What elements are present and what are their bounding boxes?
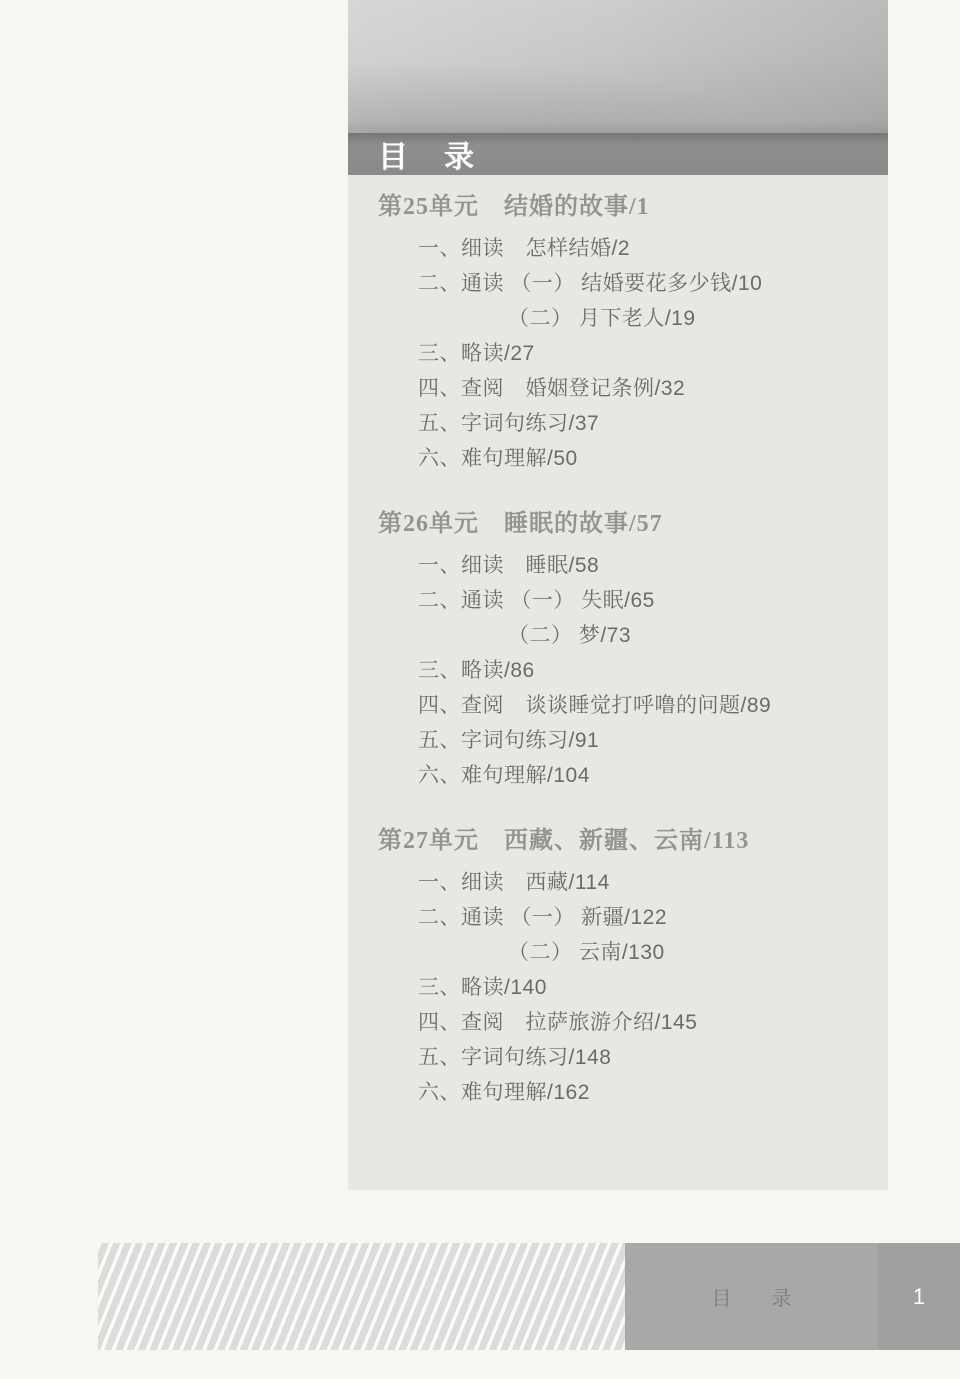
toc-item: （二） 梦/73 [508, 616, 888, 651]
table-of-contents: 第25单元 结婚的故事/1 一、细读 怎样结婚/2 二、通读 （一） 结婚要花多… [348, 175, 888, 1108]
footer-diagonal-stripes [98, 1243, 625, 1350]
toc-item: 五、字词句练习/37 [418, 404, 888, 439]
toc-item: 二、通读 （一） 新疆/122 [418, 898, 888, 933]
toc-section-unit-25: 第25单元 结婚的故事/1 一、细读 怎样结婚/2 二、通读 （一） 结婚要花多… [348, 193, 888, 474]
section-heading: 第25单元 结婚的故事/1 [378, 193, 888, 221]
toc-item: （二） 月下老人/19 [508, 299, 888, 334]
title-bar: 目 录 [348, 133, 888, 175]
toc-item: 一、细读 怎样结婚/2 [418, 229, 888, 264]
section-heading: 第27单元 西藏、新疆、云南/113 [378, 827, 888, 855]
toc-panel: 目 录 第25单元 结婚的故事/1 一、细读 怎样结婚/2 二、通读 （一） 结… [348, 0, 888, 1190]
toc-item: 四、查阅 婚姻登记条例/32 [418, 369, 888, 404]
toc-item: 二、通读 （一） 失眠/65 [418, 581, 888, 616]
footer-running-title-bar: 目 录 [625, 1243, 878, 1350]
toc-section-unit-27: 第27单元 西藏、新疆、云南/113 一、细读 西藏/114 二、通读 （一） … [348, 827, 888, 1108]
toc-item: 六、难句理解/104 [418, 756, 888, 791]
fabric-texture-banner [348, 0, 888, 133]
toc-item: 一、细读 睡眠/58 [418, 546, 888, 581]
toc-item: 三、略读/140 [418, 968, 888, 1003]
toc-item: 二、通读 （一） 结婚要花多少钱/10 [418, 264, 888, 299]
section-heading: 第26单元 睡眠的故事/57 [378, 510, 888, 538]
toc-section-unit-26: 第26单元 睡眠的故事/57 一、细读 睡眠/58 二、通读 （一） 失眠/65… [348, 510, 888, 791]
toc-item: 四、查阅 谈谈睡觉打呼噜的问题/89 [418, 686, 888, 721]
toc-item: 五、字词句练习/91 [418, 721, 888, 756]
toc-item: （二） 云南/130 [508, 933, 888, 968]
toc-item: 一、细读 西藏/114 [418, 863, 888, 898]
toc-item: 三、略读/27 [418, 334, 888, 369]
toc-item: 六、难句理解/50 [418, 439, 888, 474]
scanned-book-page: 目 录 第25单元 结婚的故事/1 一、细读 怎样结婚/2 二、通读 （一） 结… [0, 0, 960, 1379]
footer-running-title: 目 录 [702, 1282, 802, 1311]
page-number: 1 [913, 1284, 925, 1310]
page-number-box: 1 [878, 1243, 960, 1350]
toc-item: 五、字词句练习/148 [418, 1038, 888, 1073]
page-title: 目 录 [378, 132, 477, 176]
toc-item: 三、略读/86 [418, 651, 888, 686]
toc-item: 四、查阅 拉萨旅游介绍/145 [418, 1003, 888, 1038]
toc-item: 六、难句理解/162 [418, 1073, 888, 1108]
